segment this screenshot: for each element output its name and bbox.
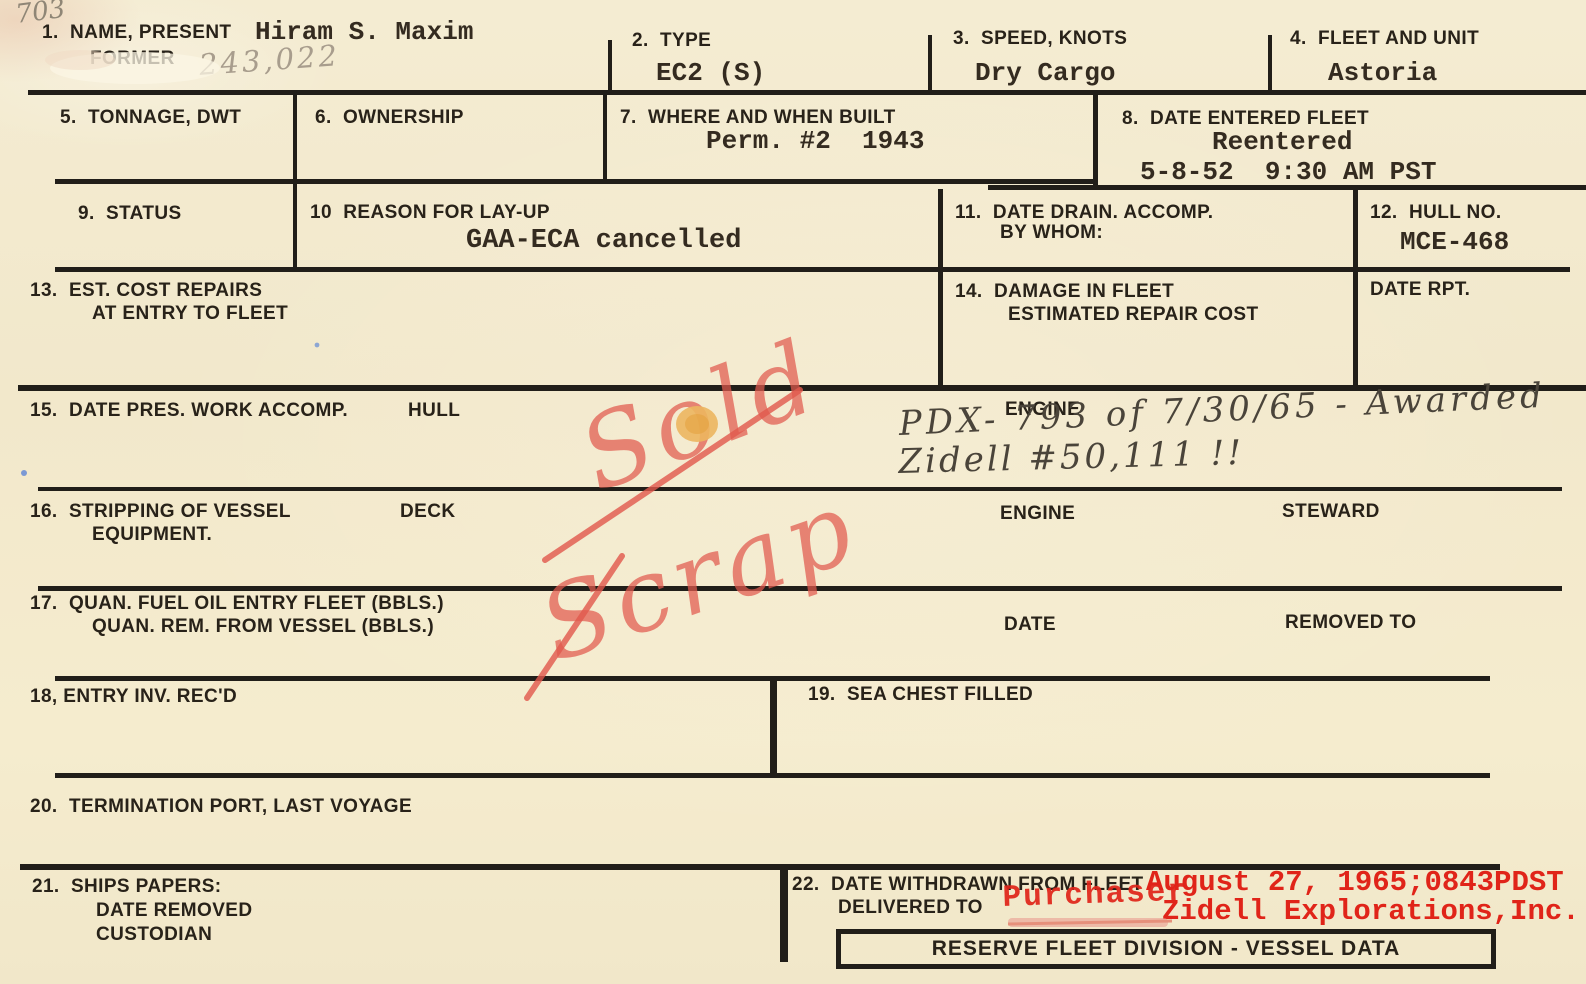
blue-speck-1 <box>21 470 27 476</box>
field-21-label: 21. SHIPS PAPERS: <box>32 876 222 898</box>
divider-9-10 <box>293 184 297 269</box>
crayon-stroke-sold-tail <box>545 390 800 560</box>
divider-7-8 <box>1093 95 1098 187</box>
field-2-label: 2. TYPE <box>632 30 711 52</box>
field-17-label: 17. QUAN. FUEL OIL ENTRY FLEET (BBLS.) <box>30 593 444 615</box>
divider-3-4 <box>1268 35 1272 92</box>
field-11-bywhom-label: BY WHOM: <box>1000 222 1103 244</box>
rule-under-row16 <box>38 586 1562 591</box>
footer-title-box: RESERVE FLEET DIVISION - VESSEL DATA <box>836 929 1496 969</box>
field-3-value: Dry Cargo <box>975 58 1115 88</box>
divider-1-2 <box>608 40 612 92</box>
field-22-purchaser-stamp: Purchaser <box>1002 875 1189 916</box>
divider-18-19 <box>770 678 777 775</box>
divider-14-daterpt <box>1353 269 1358 387</box>
field-10-value: GAA-ECA cancelled <box>466 226 741 256</box>
footer-title: RESERVE FLEET DIVISION - VESSEL DATA <box>932 937 1401 961</box>
divider-6-7 <box>603 95 607 181</box>
field-15-hull-label: HULL <box>408 400 460 422</box>
field-6-label: 6. OWNERSHIP <box>315 107 464 129</box>
field-16-steward-label: STEWARD <box>1282 501 1380 523</box>
field-21-date-removed-label: DATE REMOVED <box>96 900 252 922</box>
field-5-label: 5. TONNAGE, DWT <box>60 107 241 129</box>
field-14-label-line2: ESTIMATED REPAIR COST <box>1008 304 1258 326</box>
divider-21-22 <box>780 866 788 962</box>
stain-drop-core <box>685 414 709 434</box>
blue-speck-2 <box>315 343 320 348</box>
field-18-label: 18, ENTRY INV. REC'D <box>30 686 237 708</box>
field-20-label: 20. TERMINATION PORT, LAST VOYAGE <box>30 796 412 818</box>
field-2-value: EC2 (S) <box>656 58 765 88</box>
field-14-date-rpt-label: DATE RPT. <box>1370 279 1470 301</box>
field-12-label: 12. HULL NO. <box>1370 202 1502 224</box>
field-17-removed-to-label: REMOVED TO <box>1285 612 1416 634</box>
stain-drop <box>676 406 718 442</box>
field-21-custodian-label: CUSTODIAN <box>96 924 212 946</box>
divider-2-3 <box>928 35 932 92</box>
field-17-label-line2: QUAN. REM. FROM VESSEL (BBLS.) <box>92 616 434 638</box>
red-strikeout-smudge <box>1008 918 1172 927</box>
field-8-value-line2: 5-8-52 9:30 AM PST <box>1140 157 1436 187</box>
divider-11-12 <box>1353 189 1358 269</box>
field-22-delivered-to-label: DELIVERED TO <box>838 897 983 919</box>
field-15-label: 15. DATE PRES. WORK ACCOMP. <box>30 400 348 422</box>
rule-under-row3 <box>55 267 1570 272</box>
field-1-former-label: FORMER <box>90 48 175 70</box>
field-22-buyer-stamp: Zidell Explorations,Inc. <box>1162 895 1580 928</box>
field-15-pencil-note-line2: Zidell #50,111 !! <box>898 433 1244 482</box>
field-1-label: 1. NAME, PRESENT <box>42 22 231 44</box>
field-16-label-line2: EQUIPMENT. <box>92 524 212 546</box>
field-11-label: 11. DATE DRAIN. ACCOMP. <box>955 202 1213 224</box>
field-8-value-line1: Reentered <box>1212 127 1352 157</box>
field-9-label: 9. STATUS <box>78 203 182 225</box>
field-10-label: 10 REASON FOR LAY-UP <box>310 202 550 224</box>
field-4-label: 4. FLEET AND UNIT <box>1290 28 1479 50</box>
field-16-engine-label: ENGINE <box>1000 503 1075 525</box>
field-19-label: 19. SEA CHEST FILLED <box>808 684 1033 706</box>
crayon-word-sold: Sold <box>565 317 835 514</box>
field-16-label: 16. STRIPPING OF VESSEL <box>30 501 291 523</box>
crayon-word-scrap: Scrap <box>526 468 872 685</box>
field-7-value: Perm. #2 1943 <box>706 126 924 156</box>
rule-under-row2-left <box>55 179 1095 184</box>
field-14-label: 14. DAMAGE IN FLEET <box>955 281 1174 303</box>
field-13-label: 13. EST. COST REPAIRS <box>30 280 262 302</box>
field-3-label: 3. SPEED, KNOTS <box>953 28 1127 50</box>
field-13-label-line2: AT ENTRY TO FLEET <box>92 303 288 325</box>
field-12-value: MCE-468 <box>1400 227 1509 257</box>
field-4-value: Astoria <box>1328 58 1437 88</box>
divider-10-11 <box>938 189 943 269</box>
vessel-data-card: 703 1. NAME, PRESENT FORMER Hiram S. Max… <box>0 0 1586 984</box>
field-1-former-pencil-value: 243,022 <box>198 38 341 82</box>
divider-5-6 <box>293 95 297 181</box>
rule-under-row15 <box>38 487 1562 491</box>
field-17-date-label: DATE <box>1004 614 1056 636</box>
field-16-deck-label: DECK <box>400 501 455 523</box>
rule-under-row1 <box>28 90 1586 95</box>
divider-13-14 <box>938 269 943 387</box>
